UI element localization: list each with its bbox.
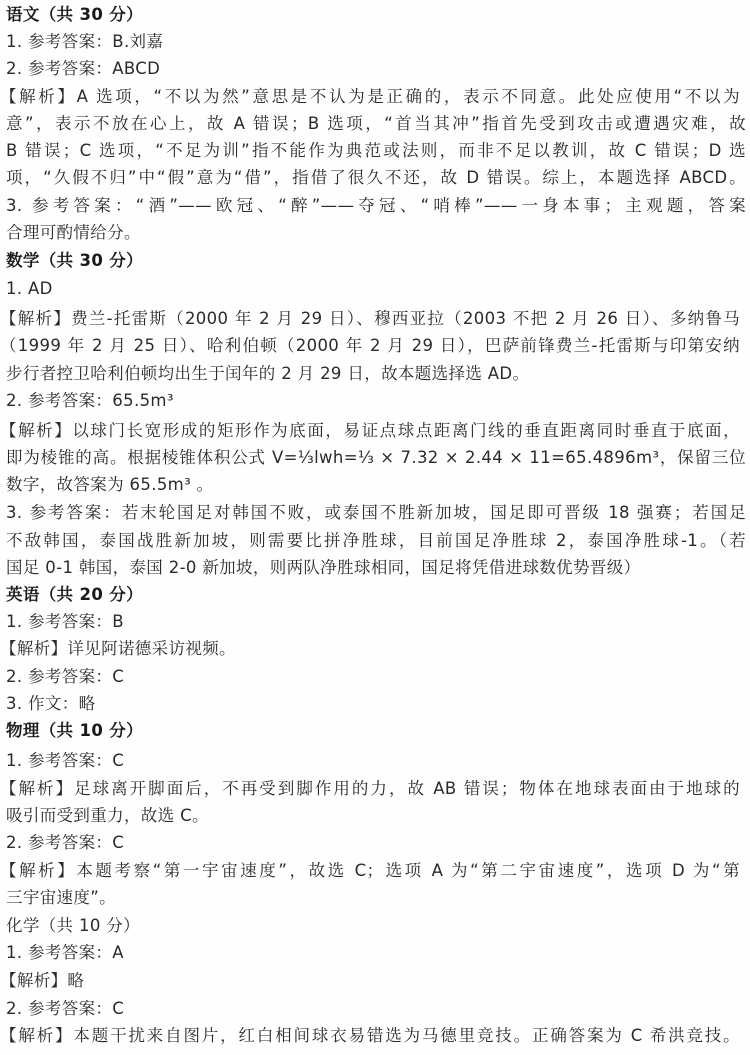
section-heading-math: 数学（共 30 分）: [6, 247, 746, 274]
explanation-line: B 错误；C 选项，“不足为训”指不能作为典范或法则，而非不足以教训，故 C 错…: [6, 137, 746, 164]
explanation-line: 项，“久假不归”中“假”意为“借”，指借了很久不还，故 D 错误。综上，本题选择…: [6, 164, 746, 191]
explanation-line: （1999 年 2 月 25 日）、哈利伯顿（2000 年 2 月 29 日），…: [0, 332, 740, 359]
answer-line: 2. 参考答案：C: [6, 829, 746, 856]
answer-line: 3. 参考答案：若末轮国足对韩国不败，或泰国不胜新加坡，国足即可晋级 18 强赛…: [6, 499, 746, 526]
explanation-line: 步行者控卫哈利伯顿均出生于闰年的 2 月 29 日，故本题选择选 AD。: [6, 360, 746, 387]
answer-line: 2. 参考答案：ABCD: [6, 55, 746, 82]
explanation-line: 【解析】本题干扰来自图片，红白相间球衣易错选为马德里竞技。正确答案为 C 希洪竞…: [0, 1022, 740, 1049]
answer-key-page: 语文（共 30 分） 1. 参考答案：B.刘嘉 2. 参考答案：ABCD 【解析…: [0, 0, 750, 1055]
explanation-line: 吸引而受到重力，故选 C。: [6, 802, 746, 829]
answer-line: 2. 参考答案：C: [6, 995, 746, 1022]
explanation-line: 意”，表示不放在心上，故 A 错误；B 选项，“首当其冲”指首先受到攻击或遭遇灾…: [6, 110, 746, 137]
answer-line: 1. AD: [6, 275, 746, 302]
explanation-line: 【解析】A 选项，“不以为然”意思是不认为是正确的，表示不同意。此处应使用“不以…: [0, 83, 740, 110]
explanation-line: 【解析】略: [0, 967, 740, 994]
answer-line: 2. 参考答案：C: [6, 663, 746, 690]
explanation-line: 【解析】费兰-托雷斯（2000 年 2 月 29 日）、穆西亚拉（2003 不把…: [0, 305, 740, 332]
answer-line: 3. 作文：略: [6, 690, 746, 717]
answer-line: 1. 参考答案：C: [6, 747, 746, 774]
explanation-line: 【解析】足球离开脚面后，不再受到脚作用的力，故 AB 错误；物体在地球表面由于地…: [0, 775, 740, 802]
explanation-line: 数字，故答案为 65.5m³ 。: [6, 471, 746, 498]
answer-line: 1. 参考答案：A: [6, 939, 746, 966]
answer-line: 1. 参考答案：B.刘嘉: [6, 28, 746, 55]
section-heading-chinese: 语文（共 30 分）: [6, 1, 746, 28]
answer-line: 1. 参考答案：B: [6, 608, 746, 635]
answer-line: 2. 参考答案：65.5m³: [6, 387, 746, 414]
explanation-line: 三宇宙速度”。: [6, 884, 746, 911]
section-heading-physics: 物理（共 10 分）: [6, 717, 746, 744]
answer-line: 合理可酌情给分。: [6, 219, 746, 246]
answer-line: 不敌韩国，泰国战胜新加坡，则需要比拼净胜球，目前国足净胜球 2，泰国净胜球-1。…: [6, 527, 746, 554]
answer-line: 3. 参考答案：“酒”——欧冠、“醉”——夺冠、“哨棒”——一身本事；主观题，答…: [6, 192, 746, 219]
section-heading-chemistry: 化学（共 10 分）: [6, 912, 746, 939]
section-heading-english: 英语（共 20 分）: [6, 581, 746, 608]
explanation-line: 【解析】详见阿诺德采访视频。: [0, 635, 740, 662]
explanation-line: 【解析】以球门长宽形成的矩形作为底面，易证点球点距离门线的垂直距离同时垂直于底面…: [0, 417, 740, 444]
answer-line: 国足 0-1 韩国，泰国 2-0 新加坡，则两队净胜球相同，国足将凭借进球数优势…: [6, 554, 746, 581]
explanation-line: 【解析】本题考察“第一宇宙速度”，故选 C；选项 A 为“第二宇宙速度”，选项 …: [0, 857, 740, 884]
explanation-line: 即为棱锥的高。根据棱锥体积公式 V=⅓lwh=⅓ × 7.32 × 2.44 ×…: [6, 444, 746, 471]
